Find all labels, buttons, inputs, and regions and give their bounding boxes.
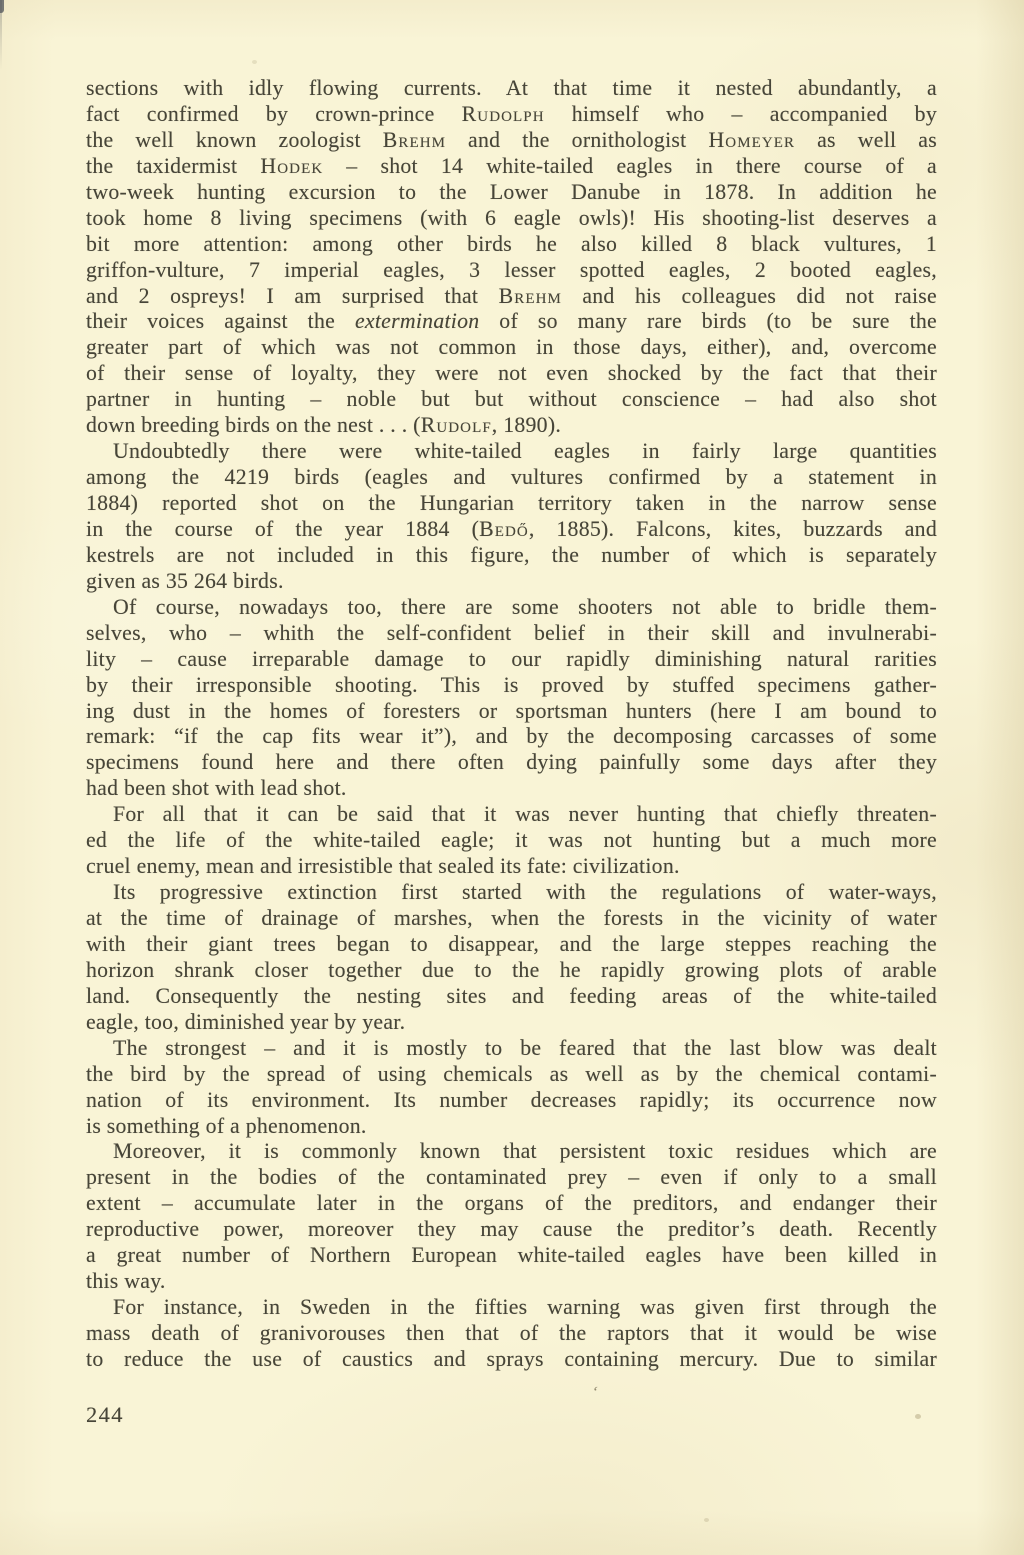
text-segment: extent – accumulate later in the organs …	[86, 1191, 937, 1215]
text-segment: For instance, in Sweden in the fifties w…	[113, 1295, 937, 1319]
small-caps-name: Brehm	[383, 128, 446, 152]
text-segment: greater part of which was not common in …	[86, 335, 937, 359]
text-line: among the 4219 birds (eagles and vulture…	[86, 465, 937, 491]
text-segment: down breeding birds on the nest . . . (	[86, 413, 421, 437]
text-segment: the well known zoologist	[86, 128, 383, 152]
small-caps-name: Rudolf	[421, 413, 492, 437]
text-line: selves, who – whith the self-confident b…	[86, 621, 937, 647]
text-segment: the taxidermist	[86, 154, 260, 178]
text-line: down breeding birds on the nest . . . (R…	[86, 413, 937, 439]
text-line: reproductive power, moreover they may ca…	[86, 1217, 937, 1243]
text-segment: 1884) reported shot on the Hungarian ter…	[86, 491, 937, 515]
text-line: this way.	[86, 1269, 937, 1295]
small-caps-name: Rudolph	[462, 102, 545, 126]
text-segment: kestrels are not included in this figure…	[86, 543, 937, 567]
text-line: present in the bodies of the contaminate…	[86, 1165, 937, 1191]
text-segment: , 1890).	[492, 413, 561, 437]
paper-speck	[915, 1414, 921, 1419]
text-segment: as well as	[795, 128, 937, 152]
text-line: griffon-vulture, 7 imperial eagles, 3 le…	[86, 258, 937, 284]
text-line: the taxidermist Hodek – shot 14 white-ta…	[86, 154, 937, 180]
text-line: of their sense of loyalty, they were not…	[86, 361, 937, 387]
text-block: sections with idly flowing currents. At …	[86, 76, 937, 1373]
small-caps-name: Brehm	[499, 284, 562, 308]
text-line: their voices against the extermination o…	[86, 309, 937, 335]
text-segment: a great number of Northern European whit…	[86, 1243, 937, 1267]
text-segment: of so many rare birds (to be sure the	[479, 309, 937, 333]
text-line: For instance, in Sweden in the fifties w…	[86, 1295, 937, 1321]
text-segment: Moreover, it is commonly known that pers…	[113, 1139, 937, 1163]
text-line: Of course, nowadays too, there are some …	[86, 595, 937, 621]
ink-smudge-mark: ʻ	[590, 1384, 599, 1403]
text-segment: by their irresponsible shooting. This is…	[86, 673, 937, 697]
text-segment: this way.	[86, 1269, 166, 1293]
text-line: given as 35 264 birds.	[86, 569, 937, 595]
text-segment: bit more attention: among other birds he…	[86, 232, 937, 256]
small-caps-name: Hodek	[260, 154, 323, 178]
text-segment: For all that it can be said that it was …	[113, 802, 937, 826]
scan-edge-shade	[0, 0, 2, 70]
text-segment: partner in hunting – noble but but witho…	[86, 387, 937, 411]
text-segment: ing dust in the homes of foresters or sp…	[86, 699, 937, 723]
text-line: greater part of which was not common in …	[86, 335, 937, 361]
text-segment: Undoubtedly there were white-tailed eagl…	[113, 439, 937, 463]
text-segment: and 2 ospreys! I am surprised that	[86, 284, 499, 308]
text-line: bit more attention: among other birds he…	[86, 232, 937, 258]
text-segment: ed the life of the white-tailed eagle; i…	[86, 828, 937, 852]
text-line: by their irresponsible shooting. This is…	[86, 673, 937, 699]
text-line: fact confirmed by crown-prince Rudolph h…	[86, 102, 937, 128]
text-line: with their giant trees began to disappea…	[86, 932, 937, 958]
text-segment: eagle, too, diminished year by year.	[86, 1010, 405, 1034]
text-segment: The strongest – and it is mostly to be f…	[113, 1036, 937, 1060]
text-segment: – shot 14 white-tailed eagles in there c…	[323, 154, 937, 178]
text-segment: selves, who – whith the self-confident b…	[86, 621, 937, 645]
text-line: eagle, too, diminished year by year.	[86, 1010, 937, 1036]
text-segment: griffon-vulture, 7 imperial eagles, 3 le…	[86, 258, 937, 282]
text-line: partner in hunting – noble but but witho…	[86, 387, 937, 413]
text-line: remark: “if the cap fits wear it”), and …	[86, 724, 937, 750]
text-line: horizon shrank closer together due to th…	[86, 958, 937, 984]
text-line: two-week hunting excursion to the Lower …	[86, 180, 937, 206]
text-segment: is something of a phenomenon.	[86, 1114, 367, 1138]
small-caps-name: Homeyer	[708, 128, 795, 152]
text-segment: of their sense of loyalty, they were not…	[86, 361, 937, 385]
text-line: had been shot with lead shot.	[86, 776, 937, 802]
text-line: The strongest – and it is mostly to be f…	[86, 1036, 937, 1062]
text-line: For all that it can be said that it was …	[86, 802, 937, 828]
text-segment: mass death of granivorouses then that of…	[86, 1321, 937, 1345]
text-segment: with their giant trees began to disappea…	[86, 932, 937, 956]
text-line: specimens found here and there often dyi…	[86, 750, 937, 776]
italic-text: extermination	[355, 309, 479, 333]
text-segment: two-week hunting excursion to the Lower …	[86, 180, 937, 204]
text-line: extent – accumulate later in the organs …	[86, 1191, 937, 1217]
text-line: the well known zoologist Brehm and the o…	[86, 128, 937, 154]
text-line: ing dust in the homes of foresters or sp…	[86, 699, 937, 725]
text-line: ed the life of the white-tailed eagle; i…	[86, 828, 937, 854]
text-line: a great number of Northern European whit…	[86, 1243, 937, 1269]
text-line: land. Consequently the nesting sites and…	[86, 984, 937, 1010]
text-segment: present in the bodies of the contaminate…	[86, 1165, 937, 1189]
text-line: and 2 ospreys! I am surprised that Brehm…	[86, 284, 937, 310]
text-segment: horizon shrank closer together due to th…	[86, 958, 937, 982]
text-segment: in the course of the year 1884 (	[86, 517, 479, 541]
small-caps-name: Bedő	[479, 517, 529, 541]
text-segment: fact confirmed by crown-prince	[86, 102, 462, 126]
text-segment: Its progressive extinction first started…	[113, 880, 937, 904]
text-line: took home 8 living specimens (with 6 eag…	[86, 206, 937, 232]
text-line: the bird by the spread of using chemical…	[86, 1062, 937, 1088]
text-segment: given as 35 264 birds.	[86, 569, 284, 593]
text-line: nation of its environment. Its number de…	[86, 1088, 937, 1114]
text-segment: cruel enemy, mean and irresistible that …	[86, 854, 680, 878]
text-segment: the bird by the spread of using chemical…	[86, 1062, 937, 1086]
text-segment: nation of its environment. Its number de…	[86, 1088, 937, 1112]
text-segment: , 1885). Falcons, kites, buzzards and	[529, 517, 937, 541]
text-segment: Of course, nowadays too, there are some …	[113, 595, 937, 619]
text-line: to reduce the use of caustics and sprays…	[86, 1347, 937, 1373]
text-segment: himself who – accompanied by	[545, 102, 937, 126]
paper-speck	[704, 1518, 709, 1522]
text-segment: at the time of drainage of marshes, when…	[86, 906, 937, 930]
text-line: at the time of drainage of marshes, when…	[86, 906, 937, 932]
text-segment: lity – cause irreparable damage to our r…	[86, 647, 937, 671]
book-page: sections with idly flowing currents. At …	[0, 0, 1024, 1555]
text-line: Moreover, it is commonly known that pers…	[86, 1139, 937, 1165]
text-segment: and his colleagues did not raise	[562, 284, 937, 308]
text-segment: took home 8 living specimens (with 6 eag…	[86, 206, 937, 230]
text-segment: sections with idly flowing currents. At …	[86, 76, 937, 100]
text-line: mass death of granivorouses then that of…	[86, 1321, 937, 1347]
text-segment: had been shot with lead shot.	[86, 776, 347, 800]
text-segment: among the 4219 birds (eagles and vulture…	[86, 465, 937, 489]
text-line: in the course of the year 1884 (Bedő, 18…	[86, 517, 937, 543]
text-line: lity – cause irreparable damage to our r…	[86, 647, 937, 673]
text-line: is something of a phenomenon.	[86, 1114, 937, 1140]
text-segment: land. Consequently the nesting sites and…	[86, 984, 937, 1008]
text-line: kestrels are not included in this figure…	[86, 543, 937, 569]
text-segment: specimens found here and there often dyi…	[86, 750, 937, 774]
text-line: 1884) reported shot on the Hungarian ter…	[86, 491, 937, 517]
text-segment: and the ornithologist	[446, 128, 708, 152]
paper-speck	[252, 60, 257, 64]
text-line: Undoubtedly there were white-tailed eagl…	[86, 439, 937, 465]
text-segment: to reduce the use of caustics and sprays…	[86, 1347, 937, 1371]
text-segment: reproductive power, moreover they may ca…	[86, 1217, 937, 1241]
text-segment: their voices against the	[86, 309, 355, 333]
text-line: cruel enemy, mean and irresistible that …	[86, 854, 937, 880]
text-line: sections with idly flowing currents. At …	[86, 76, 937, 102]
text-segment: remark: “if the cap fits wear it”), and …	[86, 724, 937, 748]
page-number: 244	[86, 1402, 124, 1428]
text-line: Its progressive extinction first started…	[86, 880, 937, 906]
